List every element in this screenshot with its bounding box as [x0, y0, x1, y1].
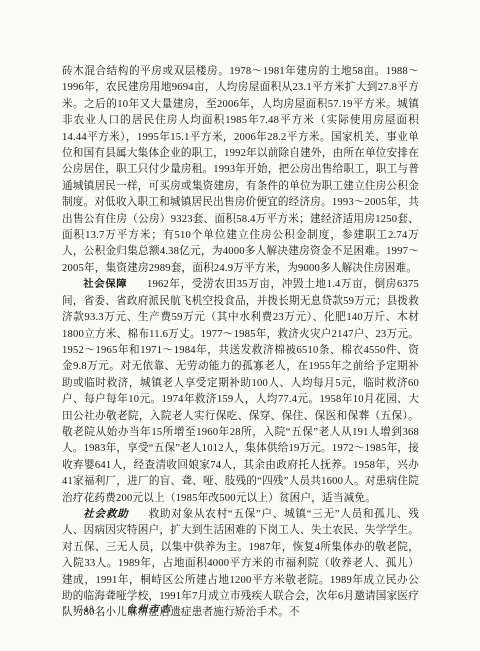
continuation-paragraph-text: 砖木混合结构的平房或双层楼房。1978～1981年建房的土地58亩。1988～1…: [62, 66, 419, 274]
body-text-block: 砖木混合结构的平房或双层楼房。1978～1981年建房的土地58亩。1988～1…: [62, 64, 419, 622]
paragraph-social-security-text: 1962年，受涝农田35万亩，冲毁土地1.4万亩，倒房6375间，省委、省政府派…: [62, 279, 419, 503]
page-footer: ·1748·台州市志: [63, 601, 172, 615]
gazetteer-scanned-page: 砖木混合结构的平房或双层楼房。1978～1981年建房的土地58亩。1988～1…: [0, 0, 480, 651]
page-number: ·1748·: [63, 604, 104, 614]
section-lead-social-assistance: 社会救助: [83, 509, 128, 520]
page-number-value: 1748: [73, 604, 95, 614]
paragraph-social-security: 社会保障1962年，受涝农田35万亩，冲毁土地1.4万亩，倒房6375间，省委、…: [62, 277, 419, 507]
section-lead-social-security: 社会保障: [83, 279, 127, 290]
footer-dot-right: ·: [101, 604, 105, 613]
continuation-paragraph: 砖木混合结构的平房或双层楼房。1978～1981年建房的土地58亩。1988～1…: [62, 64, 419, 277]
footer-dot-left: ·: [63, 604, 67, 613]
book-title: 台州市志: [126, 605, 172, 615]
